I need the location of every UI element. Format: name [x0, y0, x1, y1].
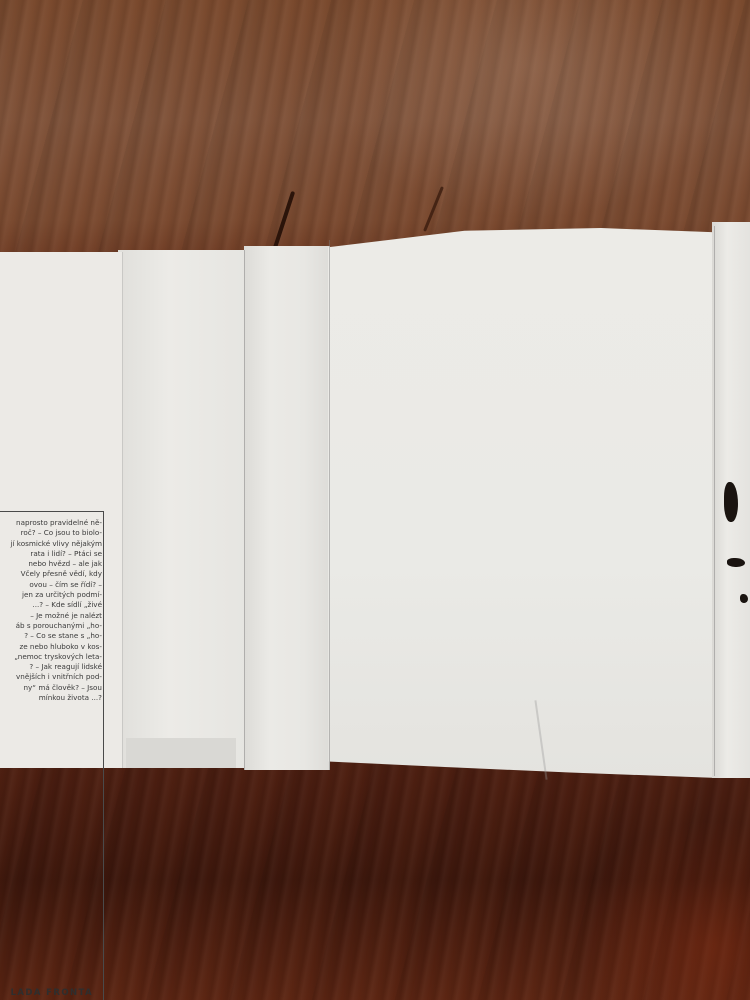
blurb-line: mínkou života ...? [2, 693, 102, 703]
blurb-line: ny“ má člověk? – Jsou [2, 683, 102, 693]
spine [244, 246, 330, 770]
blurb-text: naprosto pravidelné ně-roč? – Co jsou to… [2, 518, 102, 703]
blurb-frame: naprosto pravidelné ně-roč? – Co jsou to… [0, 511, 104, 1000]
blurb-line: ovou – čím se řídí? – [2, 580, 102, 590]
flap-fold-tab [126, 738, 236, 768]
blurb-line: – Je možné je nalézt [2, 611, 102, 621]
torn-hole [724, 482, 738, 522]
fold-line [329, 240, 330, 770]
front-panel-inside [328, 228, 718, 778]
blurb-line: Včely přesně vědí, kdy [2, 569, 102, 579]
publisher-name: LADA FRONTA [11, 988, 93, 998]
fold-line [714, 226, 715, 776]
fold-line [244, 250, 245, 770]
blurb-line: áb s porouchanými „ho- [2, 621, 102, 631]
blurb-line: „nemoc tryskových leta- [2, 652, 102, 662]
fold-line [122, 252, 123, 768]
blurb-line: rata i lidí? – Ptáci se [2, 549, 102, 559]
back-flap: naprosto pravidelné ně-roč? – Co jsou to… [0, 252, 122, 768]
blurb-line: nebo hvězd – ale jak [2, 559, 102, 569]
dust-jacket: naprosto pravidelné ně-roč? – Co jsou to… [0, 0, 750, 1000]
blurb-line: jen za určitých podmí- [2, 590, 102, 600]
blurb-line: naprosto pravidelné ně- [2, 518, 102, 528]
torn-hole [727, 558, 745, 567]
blurb-line: jí kosmické vlivy nějakým [2, 539, 102, 549]
flap-fold-panel [118, 250, 246, 768]
blurb-line: ...? – Kde sídlí „živé [2, 600, 102, 610]
blurb-line: vnějších i vnitřních pod- [2, 672, 102, 682]
blurb-line: ? – Jak reagují lidské [2, 662, 102, 672]
blurb-line: ? – Co se stane s „ho- [2, 631, 102, 641]
torn-hole [740, 594, 748, 603]
blurb-line: roč? – Co jsou to biolo- [2, 528, 102, 538]
blurb-line: ze nebo hluboko v kos- [2, 642, 102, 652]
